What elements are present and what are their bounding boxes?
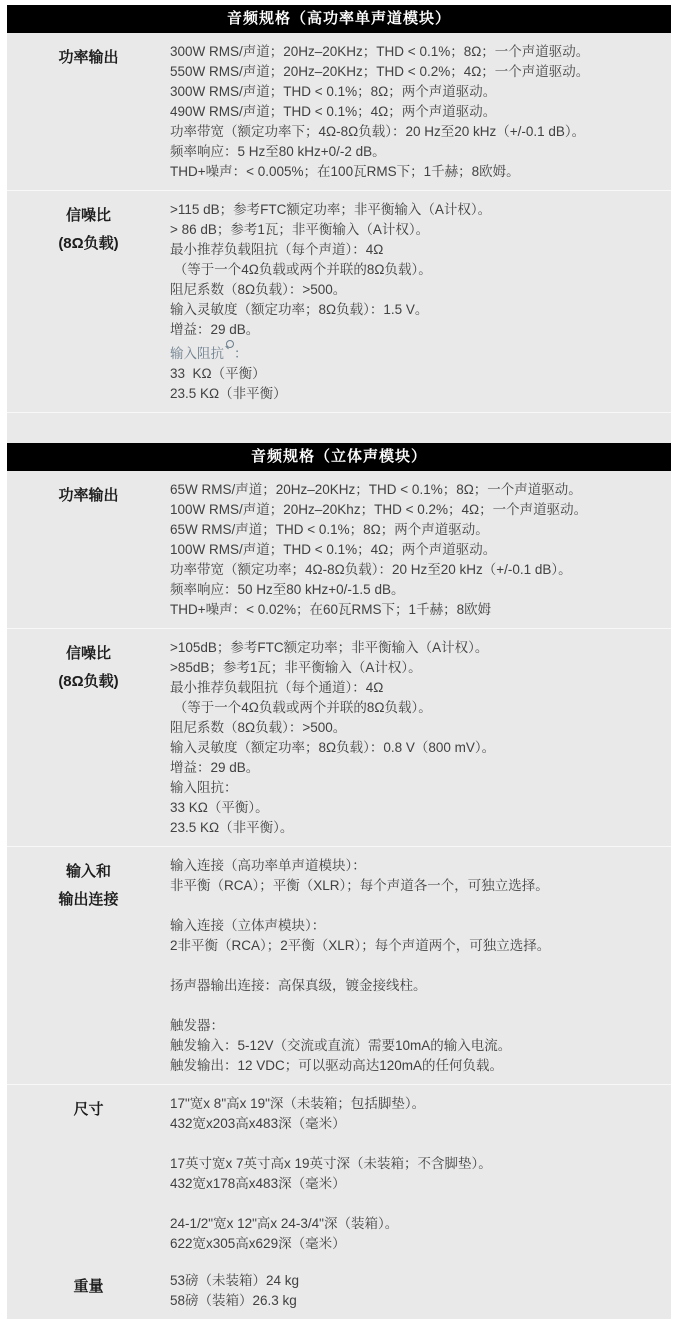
spec-line: 增益：29 dB。 [170,320,657,340]
spacer-row [7,412,671,443]
spec-line: 增益：29 dB。 [170,758,657,778]
spec-lines: 输入连接（高功率单声道模块）：非平衡（RCA）；平衡（XLR）；每个声道各一个，… [170,856,671,1076]
spec-line: THD+噪声：< 0.005%；在100瓦RMS下；1千赫；8欧姆。 [170,162,657,182]
spec-line: 300W RMS/声道；20Hz–20KHz；THD < 0.1%；8Ω；一个声… [170,42,657,62]
spec-line: 输入阻抗： [170,778,657,798]
spec-line: 输入灵敏度（额定功率；8Ω负载）：1.5 V。 [170,300,657,320]
spec-line: 最小推荐负载阻抗（每个通道）：4Ω [170,678,657,698]
spec-line: 550W RMS/声道；20Hz–20KHz；THD < 0.2%；4Ω；一个声… [170,62,657,82]
spec-line: 24-1/2"宽x 12"高x 24-3/4"深（装箱）。 [170,1214,657,1234]
spec-line: 33 KΩ（平衡）。 [170,798,657,818]
spec-label: 尺寸 [7,1094,170,1254]
spec-line: 17"宽x 8"高x 19"深（未装箱；包括脚垫）。 [170,1094,657,1114]
spec-label: 重量 [7,1271,170,1311]
spec-row: 输入和 输出连接输入连接（高功率单声道模块）：非平衡（RCA）；平衡（XLR）；… [7,846,671,1084]
spec-label [7,413,170,443]
spec-line [170,996,657,1016]
spec-line: 扬声器输出连接：高保真级，镀金接线柱。 [170,976,657,996]
spec-line: 53磅（未装箱）24 kg [170,1271,657,1291]
spec-row: 信噪比 (8Ω负载)>115 dB；参考FTC额定功率；非平衡输入（A计权）。>… [7,190,671,412]
spec-line: 输入连接（立体声模块）： [170,916,657,936]
spec-line: 频率响应：5 Hz至80 kHz+0/-2 dB。 [170,142,657,162]
spec-line: 功率带宽（额定功率下；4Ω-8Ω负载）：20 Hz至20 kHz（+/-0.1 … [170,122,657,142]
spec-line: 触发输出：12 VDC；可以驱动高达120mA的任何负载。 [170,1056,657,1076]
spec-line: 触发器： [170,1016,657,1036]
spec-line [170,896,657,916]
spec-line: >105dB；参考FTC额定功率；非平衡输入（A计权）。 [170,638,657,658]
spec-line: 100W RMS/声道；THD < 0.1%；4Ω；两个声道驱动。 [170,540,657,560]
spec-line: （等于一个4Ω负载或两个并联的8Ω负载）。 [170,260,657,280]
spec-line: 622宽x305高x629深（毫米） [170,1234,657,1254]
spec-label: 信噪比 (8Ω负载) [7,638,170,838]
spec-line: 阻尼系数（8Ω负载）：>500。 [170,718,657,738]
spec-line [170,956,657,976]
spec-line: > 86 dB；参考1瓦；非平衡输入（A计权）。 [170,220,657,240]
spec-label: 功率输出 [7,480,170,620]
spec-line: 17英寸宽x 7英寸高x 19英寸深（未装箱；不含脚垫）。 [170,1154,657,1174]
spec-line: THD+噪声：< 0.02%；在60瓦RMS下；1千赫；8欧姆 [170,600,657,620]
spec-label: 信噪比 (8Ω负载) [7,200,170,404]
spec-line: 频率响应：50 Hz至80 kHz+0/-1.5 dB。 [170,580,657,600]
spec-lines: >105dB；参考FTC额定功率；非平衡输入（A计权）。>85dB；参考1瓦；非… [170,638,671,838]
spec-sheet: 音频规格（高功率单声道模块）功率输出300W RMS/声道；20Hz–20KHz… [7,5,671,1319]
section-header: 音频规格（高功率单声道模块） [7,5,671,33]
input-impedance-suffix: ： [234,346,248,361]
spec-label: 输入和 输出连接 [7,856,170,1076]
spec-lines: 53磅（未装箱）24 kg58磅（装箱）26.3 kg [170,1271,671,1311]
spec-row: 重量53磅（未装箱）24 kg58磅（装箱）26.3 kg [7,1262,671,1319]
spec-line: >85dB；参考1瓦；非平衡输入（A计权）。 [170,658,657,678]
spec-section: 音频规格（高功率单声道模块）功率输出300W RMS/声道；20Hz–20KHz… [7,5,671,443]
spec-label: 功率输出 [7,42,170,182]
spec-row: 功率输出300W RMS/声道；20Hz–20KHz；THD < 0.1%；8Ω… [7,33,671,190]
spec-line: （等于一个4Ω负载或两个并联的8Ω负载）。 [170,698,657,718]
spec-line: >115 dB；参考FTC额定功率；非平衡输入（A计权）。 [170,200,657,220]
spec-line: 23.5 KΩ（非平衡）。 [170,818,657,838]
spec-line: 100W RMS/声道；20Hz–20Khz；THD < 0.2%；4Ω；一个声… [170,500,657,520]
spec-row: 信噪比 (8Ω负载)>105dB；参考FTC额定功率；非平衡输入（A计权）。>8… [7,628,671,846]
spec-line: 最小推荐负载阻抗（每个声道）：4Ω [170,240,657,260]
input-impedance-line: 输入阻抗： [170,340,657,364]
spec-lines: >115 dB；参考FTC额定功率；非平衡输入（A计权）。> 86 dB；参考1… [170,200,671,404]
spec-lines: 65W RMS/声道；20Hz–20KHz；THD < 0.1%；8Ω；一个声道… [170,480,671,620]
spec-line: 2非平衡（RCA）；2平衡（XLR）；每个声道两个，可独立选择。 [170,936,657,956]
spec-line: 阻尼系数（8Ω负载）：>500。 [170,280,657,300]
spec-line: 输入连接（高功率单声道模块）： [170,856,657,876]
spec-lines: 300W RMS/声道；20Hz–20KHz；THD < 0.1%；8Ω；一个声… [170,42,671,182]
spec-line: 输入灵敏度（额定功率；8Ω负载）：0.8 V（800 mV）。 [170,738,657,758]
spec-line: 功率带宽（额定功率；4Ω-8Ω负载）：20 Hz至20 kHz（+/-0.1 d… [170,560,657,580]
spec-line: 58磅（装箱）26.3 kg [170,1291,657,1311]
spec-line [170,1194,657,1214]
spec-line: 65W RMS/声道；20Hz–20KHz；THD < 0.1%；8Ω；一个声道… [170,480,657,500]
spec-line: 触发输入：5-12V（交流或直流）需要10mA的输入电流。 [170,1036,657,1056]
spec-lines [170,413,671,443]
spec-row: 功率输出65W RMS/声道；20Hz–20KHz；THD < 0.1%；8Ω；… [7,471,671,628]
spec-line: 非平衡（RCA）；平衡（XLR）；每个声道各一个，可独立选择。 [170,876,657,896]
spec-line: 490W RMS/声道；THD < 0.1%；4Ω；两个声道驱动。 [170,102,657,122]
input-impedance-link[interactable]: 输入阻抗 [170,346,224,361]
spec-line: 432宽x178高x483深（毫米） [170,1174,657,1194]
spec-line: 432宽x203高x483深（毫米） [170,1114,657,1134]
spec-row: 尺寸17"宽x 8"高x 19"深（未装箱；包括脚垫）。432宽x203高x48… [7,1084,671,1262]
spec-line: 23.5 KΩ（非平衡） [170,384,657,404]
spec-section: 音频规格（立体声模块）功率输出65W RMS/声道；20Hz–20KHz；THD… [7,443,671,1319]
section-header: 音频规格（立体声模块） [7,443,671,471]
spec-line: 33 KΩ（平衡） [170,364,657,384]
zoom-icon[interactable] [224,340,234,354]
spec-lines: 17"宽x 8"高x 19"深（未装箱；包括脚垫）。432宽x203高x483深… [170,1094,671,1254]
spec-line: 300W RMS/声道；THD < 0.1%；8Ω；两个声道驱动。 [170,82,657,102]
spec-line [170,1134,657,1154]
spec-line: 65W RMS/声道；THD < 0.1%；8Ω；两个声道驱动。 [170,520,657,540]
